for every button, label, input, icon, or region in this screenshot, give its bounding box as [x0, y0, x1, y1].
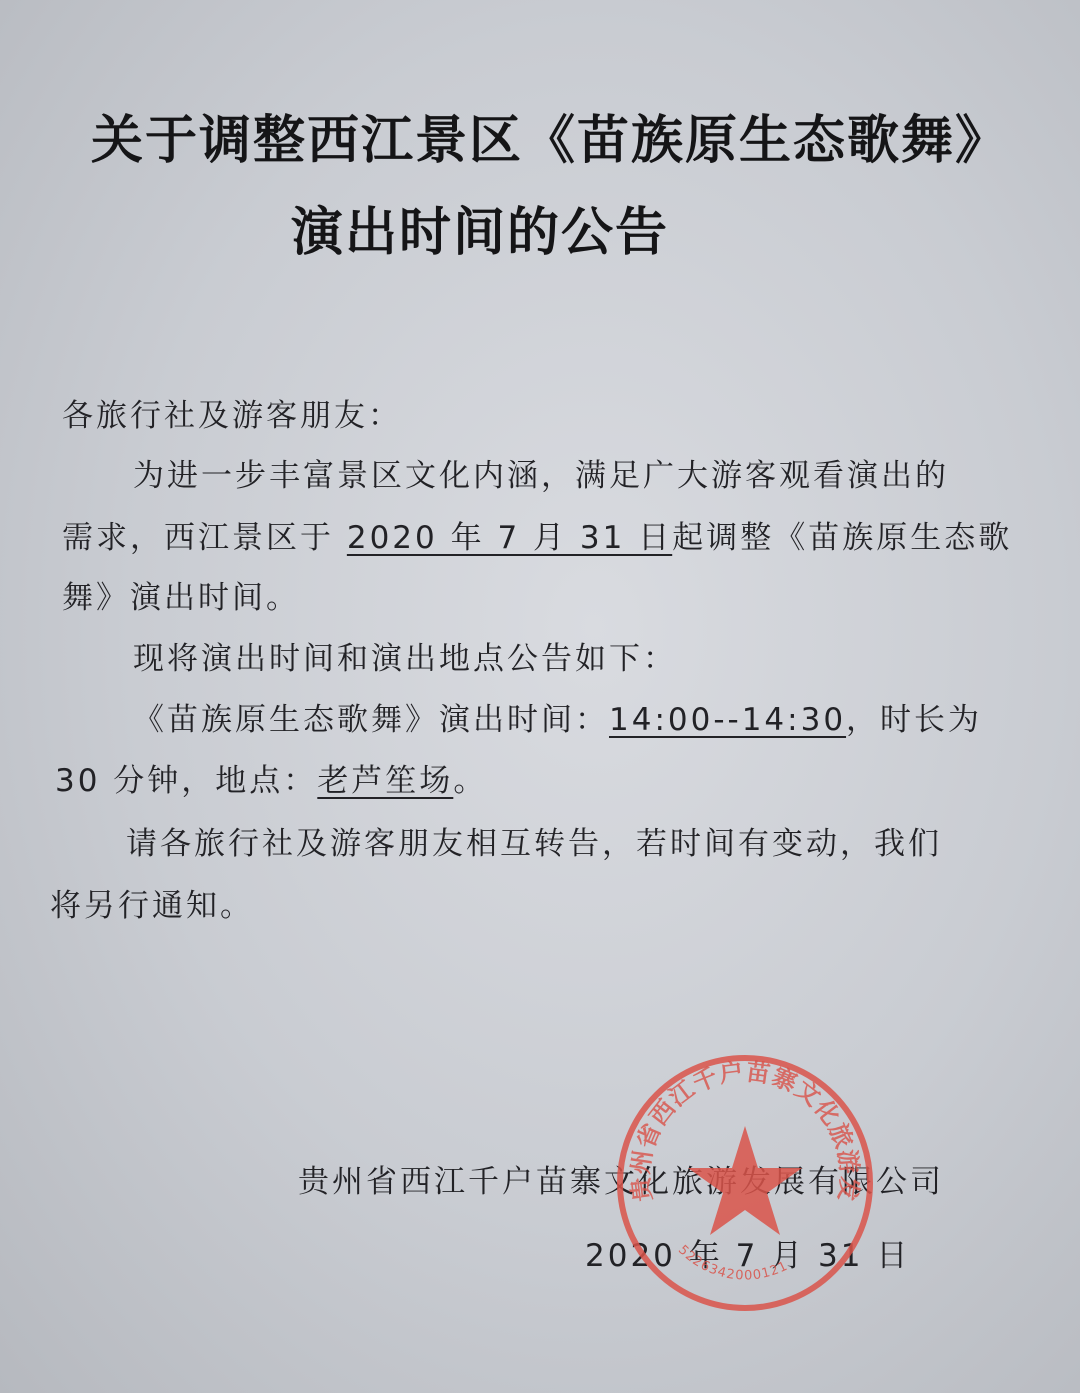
paragraph-4-line-1: 请各旅行社及游客朋友相互转告，若时间有变动，我们 — [126, 818, 942, 863]
salutation: 各旅行社及游客朋友： — [62, 390, 402, 435]
show-location: 老芦笙场 — [317, 763, 453, 799]
show-time: 14:00--14:30 — [609, 702, 846, 738]
paragraph-2: 现将演出时间和演出地点公告如下： — [133, 633, 677, 678]
paragraph-3-line-1: 《苗族原生态歌舞》演出时间：14:00--14:30，时长为 — [133, 694, 982, 739]
para3-duration: 30 分钟，地点： — [55, 763, 317, 799]
paragraph-3-line-2: 30 分钟，地点：老芦笙场。 — [55, 755, 487, 800]
notice-title-line1: 关于调整西江景区《苗族原生态歌舞》 — [10, 98, 1080, 173]
notice-title-line2: 演出时间的公告 — [0, 190, 1020, 265]
issue-date: 2020 年 7 月 31 日 — [585, 1230, 910, 1275]
effective-date: 2020 年 7 月 31 日 — [347, 520, 672, 556]
paragraph-1-line-2: 需求，西江景区于 2020 年 7 月 31 日起调整《苗族原生态歌 — [62, 512, 1012, 557]
para3-text-post: ，时长为 — [846, 702, 982, 738]
para3-text-pre: 《苗族原生态歌舞》演出时间： — [133, 702, 609, 738]
paragraph-1-line-1: 为进一步丰富景区文化内涵，满足广大游客观看演出的 — [133, 450, 949, 495]
paragraph-1-line-3: 舞》演出时间。 — [62, 572, 300, 617]
issuer-name: 贵州省西江千户苗寨文化旅游发展有限公司 — [298, 1156, 944, 1201]
para1-text-pre: 需求，西江景区于 — [62, 520, 347, 556]
para3-end: 。 — [453, 763, 487, 799]
paragraph-4-line-2: 将另行通知。 — [50, 880, 254, 925]
para1-text-post: 起调整《苗族原生态歌 — [672, 520, 1012, 556]
notice-page: 关于调整西江景区《苗族原生态歌舞》 演出时间的公告 各旅行社及游客朋友： 为进一… — [0, 0, 1080, 1393]
